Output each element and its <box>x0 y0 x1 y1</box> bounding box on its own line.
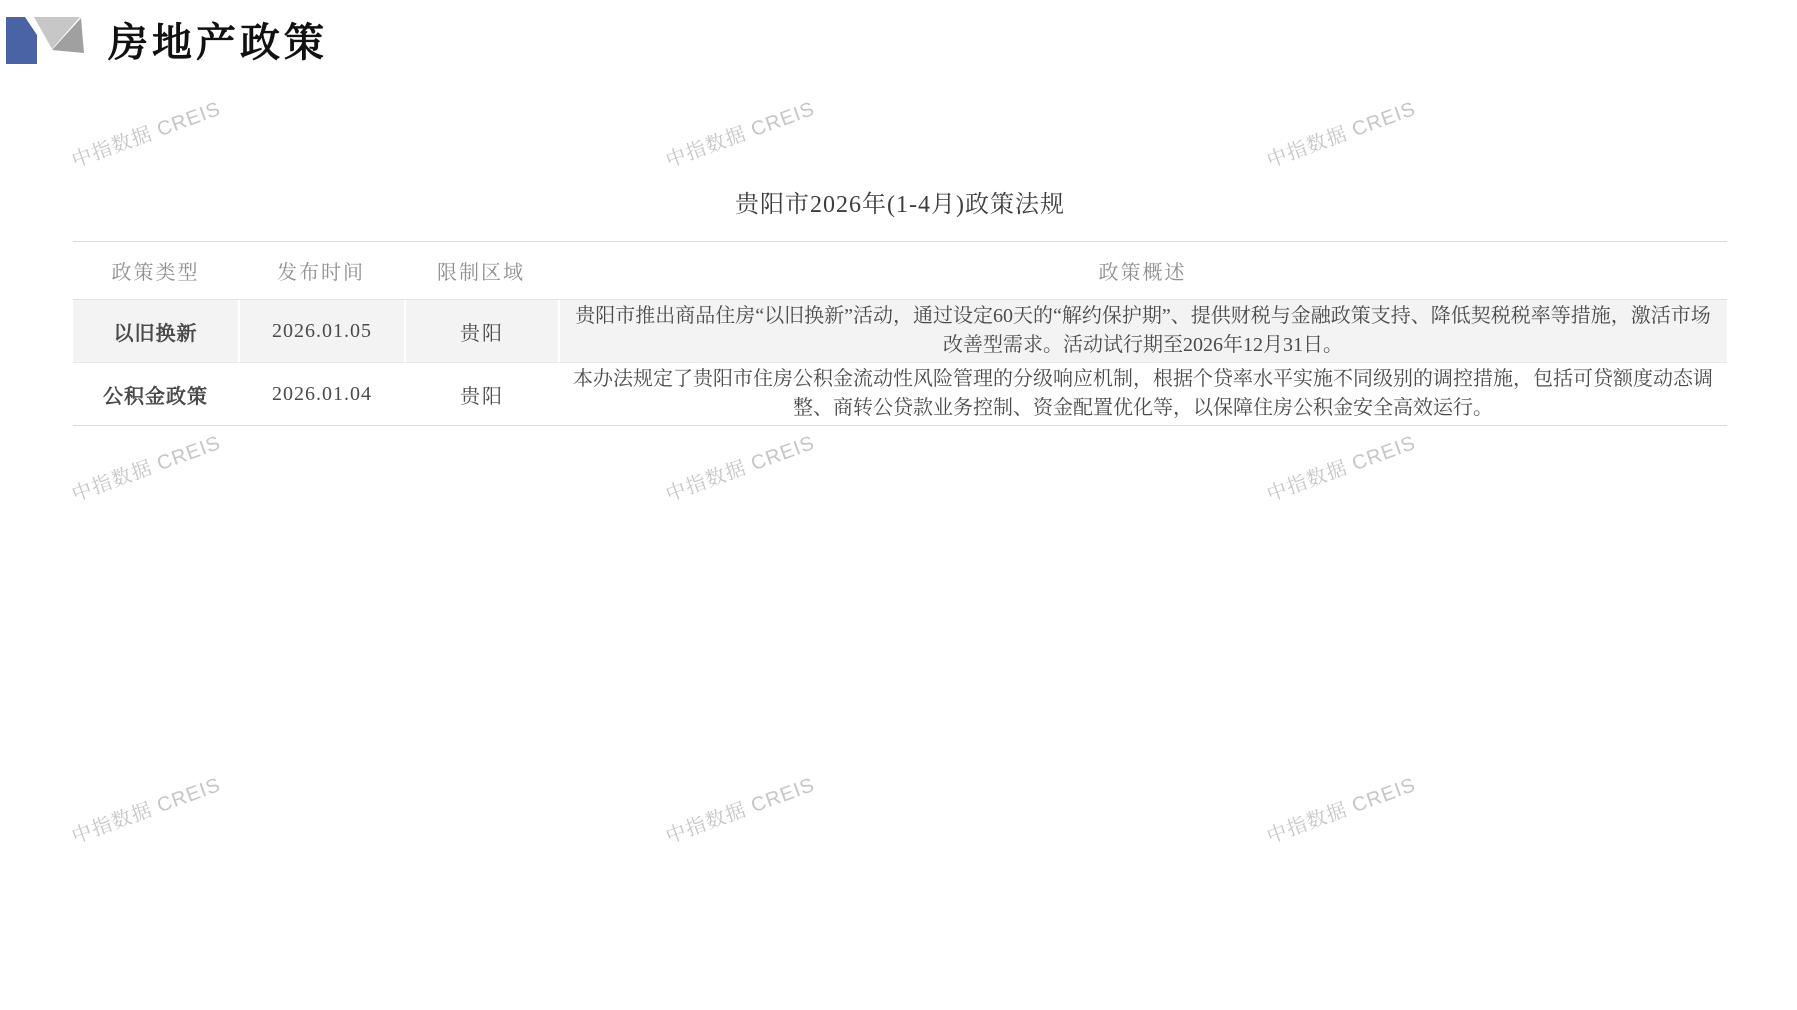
header-publish-date: 发布时间 <box>238 242 404 300</box>
watermark-text: 中指数据 CREIS <box>661 92 818 173</box>
publish-date-cell: 2026.01.05 <box>238 300 404 363</box>
page-title: 房地产政策 <box>108 21 328 65</box>
header-policy-summary: 政策概述 <box>558 242 1727 300</box>
creis-logo-icon <box>6 17 84 64</box>
policy-table: 政策类型 发布时间 限制区域 政策概述 以旧换新 2026.01.05 贵阳 贵… <box>73 241 1727 426</box>
policy-type-cell: 以旧换新 <box>73 300 238 363</box>
watermark-text: 中指数据 CREIS <box>1262 92 1419 173</box>
watermark-text: 中指数据 CREIS <box>1262 768 1419 849</box>
watermark-text: 中指数据 CREIS <box>1262 426 1419 507</box>
table-header-row: 政策类型 发布时间 限制区域 政策概述 <box>73 242 1727 300</box>
watermark-text: 中指数据 CREIS <box>661 426 818 507</box>
header-restricted-area: 限制区域 <box>404 242 558 300</box>
restricted-area-cell: 贵阳 <box>404 300 558 363</box>
table-row: 以旧换新 2026.01.05 贵阳 贵阳市推出商品住房“以旧换新”活动，通过设… <box>73 300 1727 363</box>
watermark-text: 中指数据 CREIS <box>67 768 224 849</box>
restricted-area-cell: 贵阳 <box>404 363 558 425</box>
header-policy-type: 政策类型 <box>73 242 238 300</box>
table-title: 贵阳市2026年(1-4月)政策法规 <box>73 184 1727 219</box>
table-row: 公积金政策 2026.01.04 贵阳 本办法规定了贵阳市住房公积金流动性风险管… <box>73 363 1727 425</box>
watermark-text: 中指数据 CREIS <box>67 92 224 173</box>
publish-date-cell: 2026.01.04 <box>238 363 404 425</box>
policy-type-cell: 公积金政策 <box>73 363 238 425</box>
watermark-text: 中指数据 CREIS <box>661 768 818 849</box>
watermark-text: 中指数据 CREIS <box>67 426 224 507</box>
brand-header: 房地产政策 <box>6 15 328 65</box>
policy-summary-cell: 本办法规定了贵阳市住房公积金流动性风险管理的分级响应机制，根据个贷率水平实施不同… <box>558 363 1727 425</box>
policy-summary-cell: 贵阳市推出商品住房“以旧换新”活动，通过设定60天的“解约保护期”、提供财税与金… <box>558 300 1727 363</box>
